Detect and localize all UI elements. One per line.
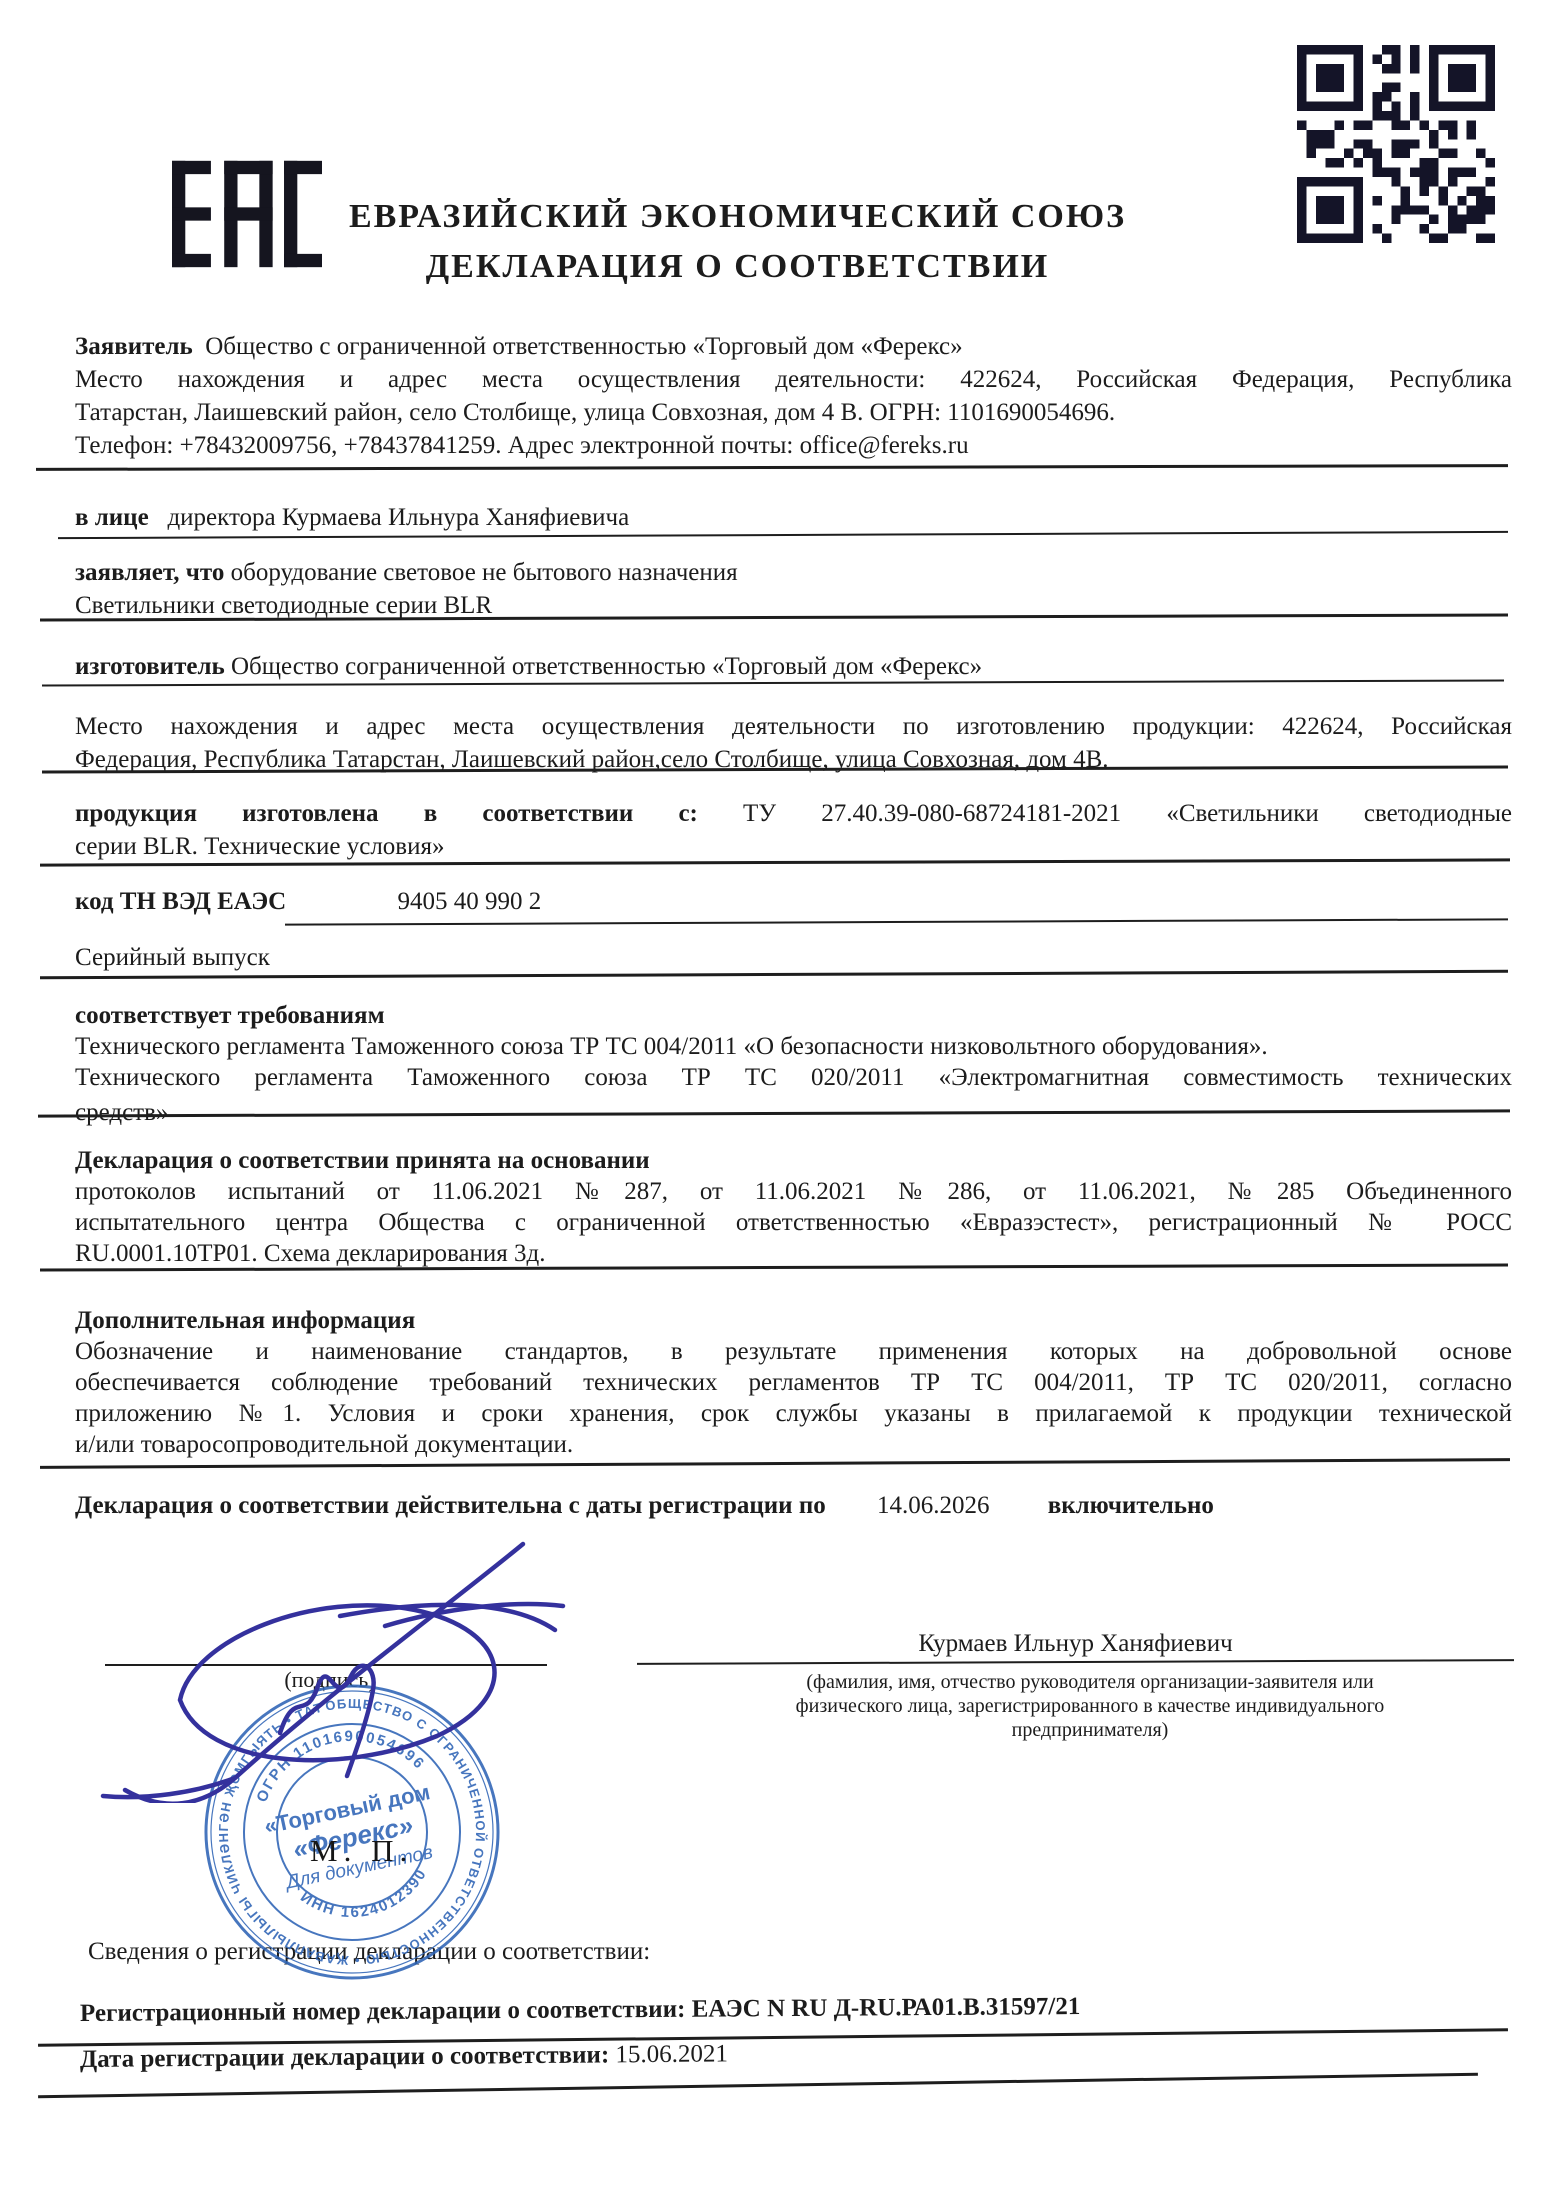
manufacturer-label: изготовитель xyxy=(75,653,225,680)
applicant-address-line2: Татарстан, Лаишевский район, село Столби… xyxy=(75,396,1512,429)
compliance-line1: Технического регламента Таможенного союз… xyxy=(75,1031,1512,1062)
compliance-line2: Технического регламента Таможенного союз… xyxy=(75,1062,1512,1093)
applicant-label: Заявитель xyxy=(75,333,193,360)
rule-approver-name xyxy=(637,1659,1514,1665)
declaration-document: ЕВРАЗИЙСКИЙ ЭКОНОМИЧЕСКИЙ СОЮЗ ДЕКЛАРАЦИ… xyxy=(0,0,1555,2200)
production-value2: серии BLR. Технические условия» xyxy=(75,830,1512,863)
validity-section: Декларация о соответствии действительна … xyxy=(75,1492,1512,1520)
additional-info-line3: приложению №1. Условия и сроки хранения,… xyxy=(75,1398,1512,1429)
basis-line1: протоколов испытаний от 11.06.2021 №287,… xyxy=(75,1176,1512,1207)
qr-code xyxy=(1297,45,1495,243)
serial-section: Серийный выпуск xyxy=(75,944,1512,972)
stamp-place-mark: М. П. xyxy=(310,1833,413,1869)
rule-applicant xyxy=(36,464,1508,471)
validity-suffix: включительно xyxy=(1048,1492,1214,1519)
tnved-section: код ТН ВЭД ЕАЭС 9405 40 990 2 xyxy=(75,888,1512,916)
document-title: ЕВРАЗИЙСКИЙ ЭКОНОМИЧЕСКИЙ СОЮЗ ДЕКЛАРАЦИ… xyxy=(320,192,1155,292)
applicant-contacts: Телефон: +78432009756, +78437841259. Адр… xyxy=(75,429,1512,462)
applicant-line: Заявитель Общество с ограниченной ответс… xyxy=(75,330,1512,363)
tnved-label: код ТН ВЭД ЕАЭС xyxy=(75,888,286,915)
manufacturer-value: Общество сограниченной ответственностью … xyxy=(231,653,982,680)
validity-date: 14.06.2026 xyxy=(877,1492,990,1519)
basis-label: Декларация о соответствии принята на осн… xyxy=(75,1145,1512,1176)
registration-date-value: 15.06.2021 xyxy=(615,2040,728,2068)
manufacturer-section: изготовитель Общество сограниченной отве… xyxy=(75,653,1512,681)
additional-info-section: Дополнительная информация Обозначение и … xyxy=(75,1305,1512,1460)
declares-line: заявляет, что оборудование световое не б… xyxy=(75,556,1512,589)
representative-section: в лице директора Курмаева Ильнура Ханяфи… xyxy=(75,504,1512,532)
approver-caption-line2: физического лица, зарегистрированного в … xyxy=(660,1694,1520,1718)
declares-value: оборудование световое не бытового назнач… xyxy=(231,559,738,586)
registration-number-line: Регистрационный номер декларации о соотв… xyxy=(80,1993,1081,2028)
basis-line2: испытательного центра Общества с огранич… xyxy=(75,1207,1512,1238)
rule-registration-date xyxy=(38,2073,1478,2099)
declares-label: заявляет, что xyxy=(75,559,224,586)
approver-caption-line1: (фамилия, имя, отчество руководителя орг… xyxy=(660,1670,1520,1694)
registration-number-label: Регистрационный номер декларации о соотв… xyxy=(80,1996,686,2027)
title-line-declaration: ДЕКЛАРАЦИЯ О СООТВЕТСТВИИ xyxy=(320,242,1155,292)
applicant-name: Общество с ограниченной ответственностью… xyxy=(205,333,962,360)
signature-image xyxy=(85,1538,575,1803)
basis-section: Декларация о соответствии принята на осн… xyxy=(75,1145,1512,1269)
production-line1: продукция изготовлена в соответствии с: … xyxy=(75,797,1512,830)
validity-label: Декларация о соответствии действительна … xyxy=(75,1492,826,1519)
representative-label: в лице xyxy=(75,504,149,531)
additional-info-label: Дополнительная информация xyxy=(75,1305,1512,1336)
declares-section: заявляет, что оборудование световое не б… xyxy=(75,556,1512,622)
representative-value: директора Курмаева Ильнура Ханяфиевича xyxy=(167,504,629,531)
tnved-value: 9405 40 990 2 xyxy=(397,888,541,915)
production-section: продукция изготовлена в соответствии с: … xyxy=(75,797,1512,863)
applicant-section: Заявитель Общество с ограниченной ответс… xyxy=(75,330,1512,462)
registration-number-value: ЕАЭС N RU Д-RU.РА01.В.31597/21 xyxy=(692,1993,1081,2023)
approver-name: Курмаев Ильнур Ханяфиевич xyxy=(637,1630,1514,1658)
approver-caption: (фамилия, имя, отчество руководителя орг… xyxy=(660,1670,1520,1742)
registration-date-line: Дата регистрации декларации о соответств… xyxy=(80,2040,728,2074)
applicant-address-line1: Место нахождения и адрес места осуществл… xyxy=(75,363,1512,396)
manufacturer-address-line1: Место нахождения и адрес места осуществл… xyxy=(75,710,1512,743)
rule-tnved xyxy=(285,918,1508,925)
rule-representative xyxy=(58,531,1508,539)
approver-caption-line3: предпринимателя) xyxy=(660,1718,1520,1742)
registration-date-label: Дата регистрации декларации о соответств… xyxy=(80,2041,609,2073)
additional-info-line2: обеспечивается соблюдение требований тех… xyxy=(75,1367,1512,1398)
production-label: продукция изготовлена в соответствии с: xyxy=(75,800,698,827)
eac-logo-icon xyxy=(172,158,322,270)
compliance-label: соответствует требованиям xyxy=(75,1000,1512,1031)
production-value1: ТУ 27.40.39-080-68724181-2021 «Светильни… xyxy=(743,800,1512,827)
additional-info-line1: Обозначение и наименование стандартов, в… xyxy=(75,1336,1512,1367)
additional-info-line4: и/или товаросопроводительной документаци… xyxy=(75,1429,1512,1460)
title-line-union: ЕВРАЗИЙСКИЙ ЭКОНОМИЧЕСКИЙ СОЮЗ xyxy=(320,192,1155,242)
